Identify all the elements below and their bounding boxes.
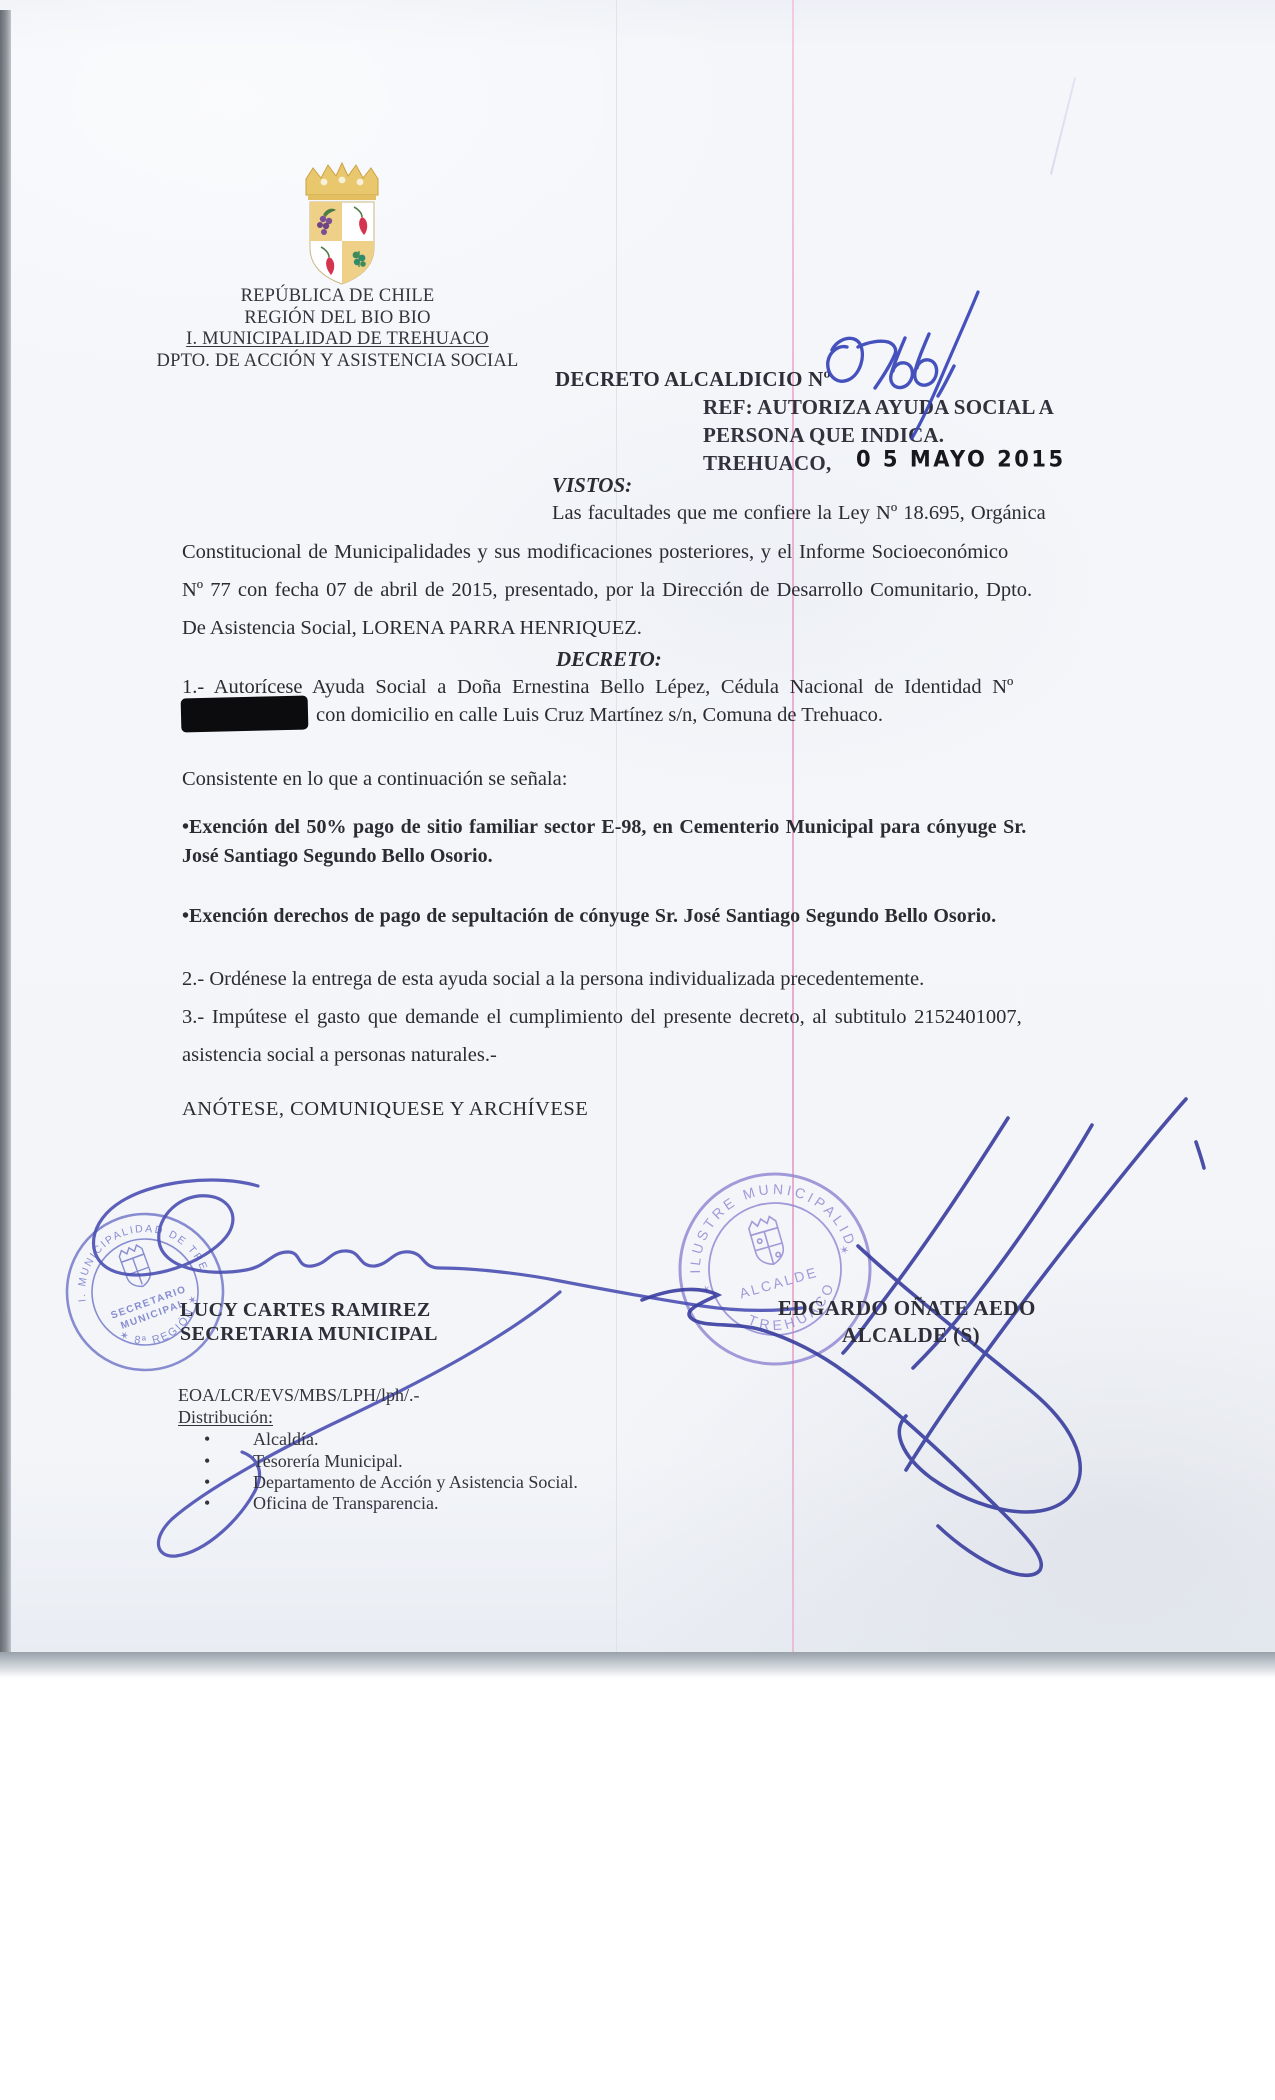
secretary-title: SECRETARIA MUNICIPAL [180,1321,438,1347]
distribution-label: Distribución: [178,1407,273,1428]
scanned-decree-page: REPÚBLICA DE CHILE REGIÓN DEL BIO BIO I.… [0,0,1275,2100]
distribution-item: Tesorería Municipal. [253,1451,403,1472]
scan-bottom-shadow [0,1652,1275,1678]
long-slash [912,292,978,438]
secretary-name: LUCY CARTES RAMIREZ [180,1297,431,1323]
mayor-name: EDGARDO OÑATE AEDO [778,1295,1036,1321]
distribution-item: Oficina de Transparencia. [253,1493,438,1514]
mayor-title: ALCALDE (S) [842,1322,980,1348]
distribution-item: Alcaldía. [253,1429,318,1450]
distribution-bullet: • [204,1493,210,1514]
distribution-bullet: • [204,1472,210,1493]
secretary-signature [94,1180,803,1556]
scan-paper: REPÚBLICA DE CHILE REGIÓN DEL BIO BIO I.… [0,0,1275,1652]
distribution-bullet: • [204,1451,210,1472]
footer-initials: EOA/LCR/EVS/MBS/LPH/lph/.- [178,1385,420,1406]
distribution-item: Departamento de Acción y Asistencia Soci… [253,1472,578,1493]
distribution-bullet: • [204,1429,210,1450]
handwritten-decree-number [828,292,978,438]
